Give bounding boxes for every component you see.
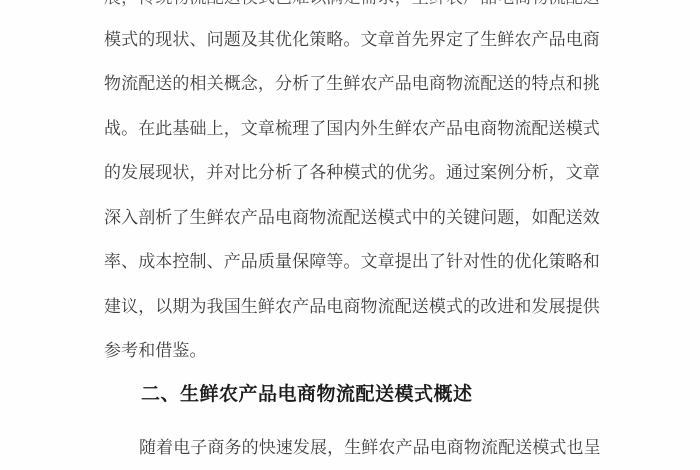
abstract-line: 建议，以期为我国生鲜农产品电商物流配送模式的改进和发展提供: [104, 296, 604, 318]
section-heading: 二、生鲜农产品电商物流配送模式概述: [104, 383, 661, 407]
abstract-line: 率、成本控制、产品质量保障等。文章提出了针对性的优化策略和: [104, 251, 604, 273]
abstract-line: 的发展现状，并对比分析了各种模式的优劣。通过案例分析，文章: [104, 162, 604, 184]
abstract-line: 参考和借鉴。: [104, 340, 604, 362]
section-paragraph-first-line: 随着电子商务的快速发展，生鲜农产品电商物流配送模式也呈: [104, 437, 659, 459]
document-page: 展，传统物流配送模式已难以满足需求，生鲜农产品电商物流配送 模式的现状、问题及其…: [0, 0, 700, 470]
abstract-line: 物流配送的相关概念，分析了生鲜农产品电商物流配送的特点和挑: [104, 73, 604, 95]
abstract-line: 深入剖析了生鲜农产品电商物流配送模式中的关键问题，如配送效: [104, 207, 604, 229]
abstract-clipped-top-line: 展，传统物流配送模式已难以满足需求，生鲜农产品电商物流配送: [104, 0, 604, 9]
abstract-line: 模式的现状、问题及其优化策略。文章首先界定了生鲜农产品电商: [104, 29, 604, 51]
abstract-line: 战。在此基础上，文章梳理了国内外生鲜农产品电商物流配送模式: [104, 118, 604, 140]
